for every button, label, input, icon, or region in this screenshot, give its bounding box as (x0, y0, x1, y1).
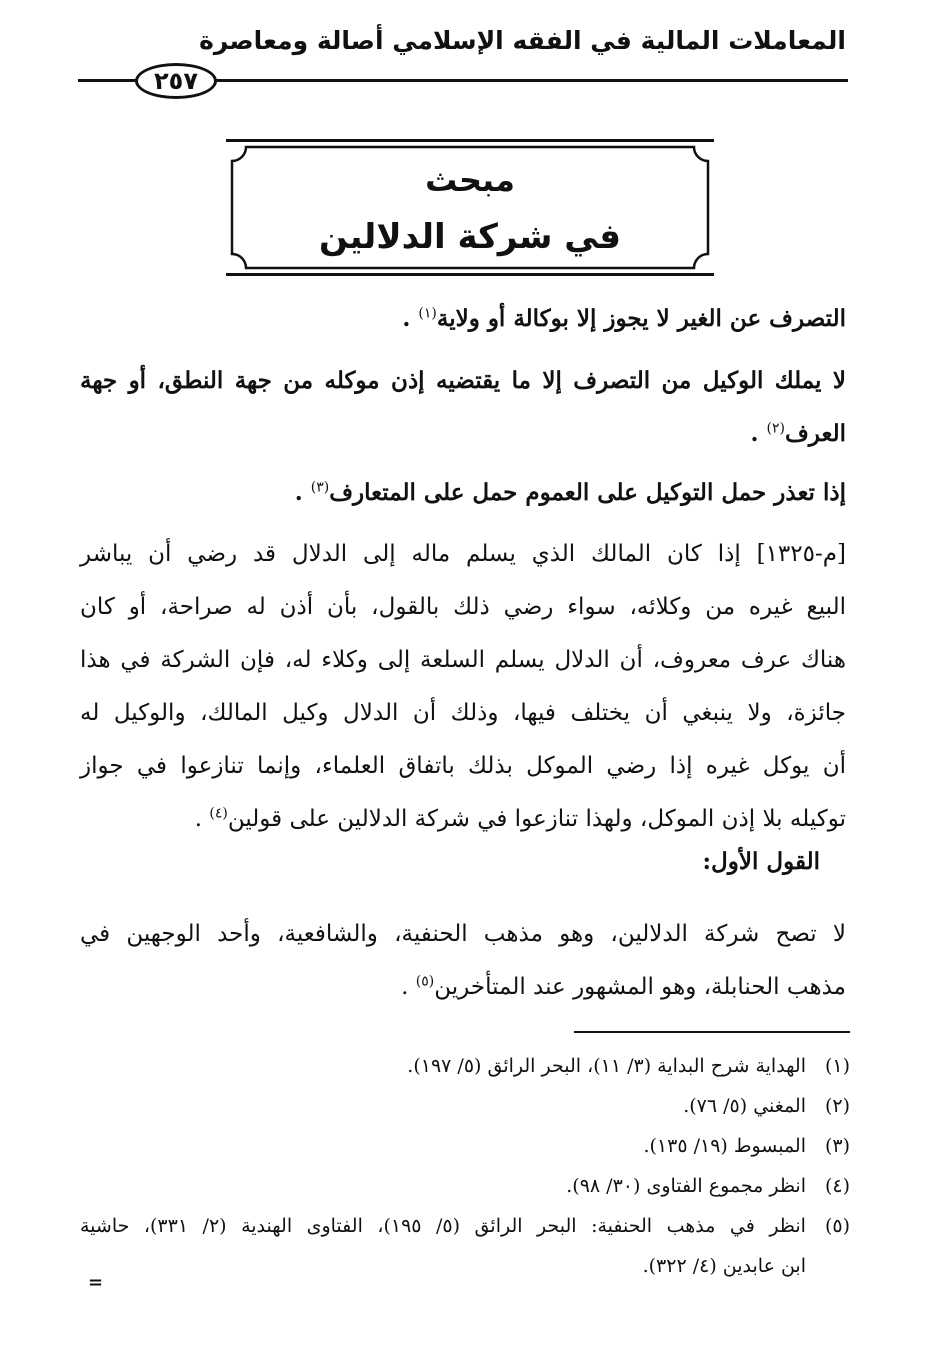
rule-2: لا يملك الوكيل من التصرف إلا ما يقتضيه إ… (80, 354, 846, 460)
section-title-line2: في شركة الدلالين (226, 217, 714, 257)
section-title-line1: مبحث (226, 161, 714, 199)
rule-2-line: العرف (785, 420, 846, 447)
footnote-text: ابن عابدين (٤/ ٣٢٢). (80, 1246, 806, 1286)
footnote-5: (٥) انظر في مذهب الحنفية: البحر الرائق (… (80, 1206, 850, 1286)
footnote-4: (٤) انظر مجموع الفتاوى (٣٠/ ٩٨). (80, 1166, 850, 1206)
paragraph-line: [م-١٣٢٥] إذا كان المالك الذي يسلم ماله إ… (80, 528, 846, 581)
page-number: ٢٥٧ (154, 69, 198, 93)
rule-3-text: إذا تعذر حمل التوكيل على العموم حمل على … (329, 479, 846, 506)
paragraph-line: البيع غيره من وكلائه، سواء رضي ذلك بالقو… (80, 581, 846, 634)
first-opinion-paragraph: لا تصح شركة الدلالين، وهو مذهب الحنفية، … (80, 908, 846, 1014)
footnote-3: (٣) المبسوط (١٩/ ١٣٥). (80, 1126, 850, 1166)
footnote-ref: (١) (418, 305, 436, 321)
rule-3: إذا تعذر حمل التوكيل على العموم حمل على … (80, 466, 846, 519)
paragraph-line: جائزة، ولا ينبغي أن يختلف فيها، وذلك أن … (80, 687, 846, 740)
paragraph-line: لا تصح شركة الدلالين، وهو مذهب الحنفية، … (80, 908, 846, 961)
footnote-ref: (٣) (311, 479, 329, 495)
footnote-number: (٥) (806, 1206, 850, 1286)
footnote-text: انظر في مذهب الحنفية: البحر الرائق (٥/ ١… (80, 1206, 806, 1246)
footnote-number: (٤) (806, 1166, 850, 1206)
footnote-2: (٢) المغني (٥/ ٧٦). (80, 1086, 850, 1126)
section-title-frame: مبحث في شركة الدلالين (226, 139, 714, 276)
paragraph-line: مذهب الحنابلة، وهو المشهور عند المتأخرين (434, 974, 846, 1000)
footnote-text: المبسوط (١٩/ ١٣٥). (80, 1126, 806, 1166)
footnote-ref: (٤) (209, 805, 227, 821)
rule-2-line: لا يملك الوكيل من التصرف إلا ما يقتضيه إ… (80, 354, 846, 407)
footnotes: (١) الهداية شرح البداية (٣/ ١١)، البحر ا… (80, 1046, 850, 1286)
footnote-ref: (٢) (767, 420, 785, 436)
footnote-number: (١) (806, 1046, 850, 1086)
paragraph-line: توكيله بلا إذن الموكل، ولهذا تنازعوا في … (228, 806, 846, 832)
main-paragraph: [م-١٣٢٥] إذا كان المالك الذي يسلم ماله إ… (80, 528, 846, 846)
paragraph-line: أن يوكل غيره إذا رضي الموكل بذلك باتفاق … (80, 740, 846, 793)
footnote-text: انظر مجموع الفتاوى (٣٠/ ٩٨). (80, 1166, 806, 1206)
footnote-text: المغني (٥/ ٧٦). (80, 1086, 806, 1126)
footnote-separator (574, 1031, 850, 1033)
footnote-ref: (٥) (416, 973, 434, 989)
rule-1: التصرف عن الغير لا يجوز إلا بوكالة أو ول… (80, 292, 846, 345)
first-opinion-heading: القول الأول: (703, 848, 820, 875)
page-number-badge: ٢٥٧ (135, 63, 217, 99)
footnote-1: (١) الهداية شرح البداية (٣/ ١١)، البحر ا… (80, 1046, 850, 1086)
footnote-number: (٣) (806, 1126, 850, 1166)
running-header-title: المعاملات المالية في الفقه الإسلامي أصال… (199, 26, 846, 55)
footnote-text: الهداية شرح البداية (٣/ ١١)، البحر الرائ… (80, 1046, 806, 1086)
frame-bottom-rule (226, 273, 714, 276)
paragraph-line: هناك عرف معروف، أن الدلال يسلم السلعة إل… (80, 634, 846, 687)
footnote-number: (٢) (806, 1086, 850, 1126)
book-page: المعاملات المالية في الفقه الإسلامي أصال… (0, 0, 938, 1356)
continuation-mark: = (88, 1272, 103, 1293)
rule-1-text: التصرف عن الغير لا يجوز إلا بوكالة أو ول… (437, 305, 846, 332)
